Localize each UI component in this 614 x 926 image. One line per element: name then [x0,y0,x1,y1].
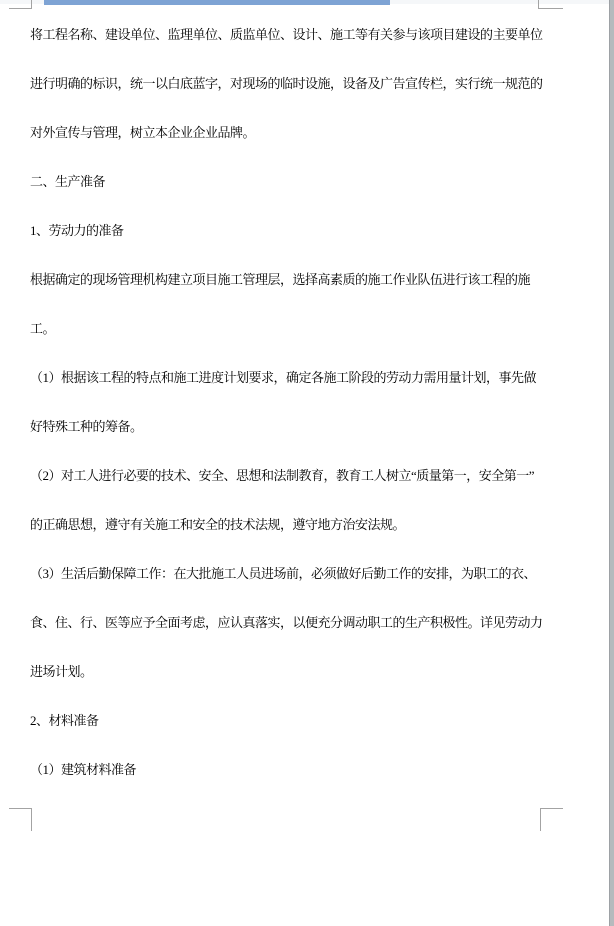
margin-crop-mark-top-right [538,0,563,9]
paragraph-line: （3）生活后勤保障工作：在大批施工人员进场前，必须做好后勤工作的安排，为职工的衣… [30,566,536,582]
section-heading: 二、生产准备 [30,174,105,190]
paragraph-line: （2）对工人进行必要的技术、安全、思想和法制教育，教育工人树立“质量第一，安全第… [30,468,534,484]
document-page: 将工程名称、建设单位、监理单位、质监单位、设计、施工等有关参与该项目建设的主要单… [0,0,614,926]
margin-crop-mark-bottom-right [540,808,563,831]
paragraph-line: 根据确定的现场管理机构建立项目施工管理层，选择高素质的施工作业队伍进行该工程的施 [30,272,530,288]
paragraph-line: （1）根据该工程的特点和施工进度计划要求，确定各施工阶段的劳动力需用量计划，事先… [30,370,536,386]
paragraph-line: 食、住、行、医等应予全面考虑，应认真落实，以便充分调动职工的生产积极性。详见劳动… [30,615,543,631]
subsection-heading: 2、材料准备 [30,713,99,729]
paragraph-line: 将工程名称、建设单位、监理单位、质监单位、设计、施工等有关参与该项目建设的主要单… [30,27,543,43]
paragraph-line: 进行明确的标识，统一以白底蓝字，对现场的临时设施，设备及广告宣传栏，实行统一规范… [30,76,543,92]
subsection-heading: 1、劳动力的准备 [30,223,124,239]
paragraph-line: 工。 [30,321,55,337]
paragraph-line: 好特殊工种的筹备。 [30,419,143,435]
margin-crop-mark-bottom-left [9,808,32,831]
subsection-heading: （1）建筑材料准备 [30,762,136,778]
selection-highlight-remnant [44,0,390,5]
window-right-edge-line [609,0,614,926]
margin-crop-mark-top-left [9,0,32,9]
paragraph-line: 进场计划。 [30,664,93,680]
paragraph-line: 的正确思想，遵守有关施工和安全的技术法规，遵守地方治安法规。 [30,517,405,533]
paragraph-line: 对外宣传与管理，树立本企业企业品牌。 [30,125,255,141]
